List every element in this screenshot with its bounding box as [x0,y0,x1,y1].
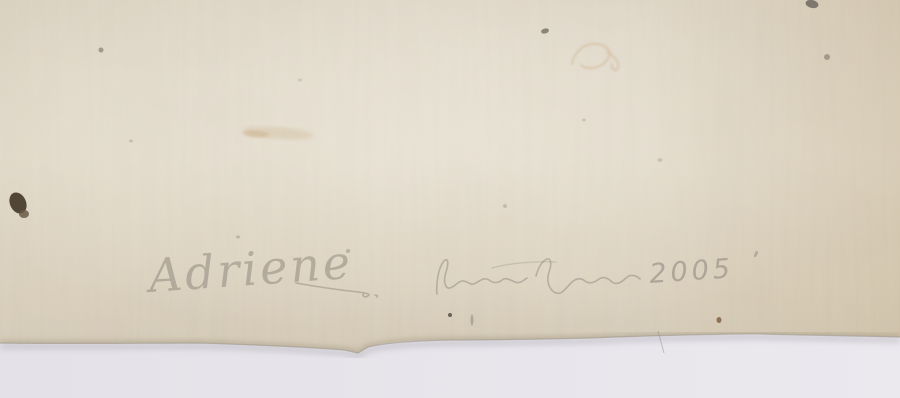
signature-year: 2005 [648,253,735,290]
paper-speck [658,158,663,162]
paper-sheet [0,0,900,355]
paper-speck [448,313,452,317]
paper-speck [19,210,29,218]
paper-speck [298,79,302,82]
paper-speck [717,317,722,323]
paper-speck [824,54,830,60]
paper-speck [503,204,507,208]
paper-speck [129,140,133,143]
paper-grain-texture [0,0,900,355]
paper-speck [236,236,240,239]
paper-speck [582,119,586,122]
photograph-of-handmade-paper: Adriene 2005 [0,0,900,398]
paper-speck [471,315,474,326]
paper-speck [99,48,104,53]
